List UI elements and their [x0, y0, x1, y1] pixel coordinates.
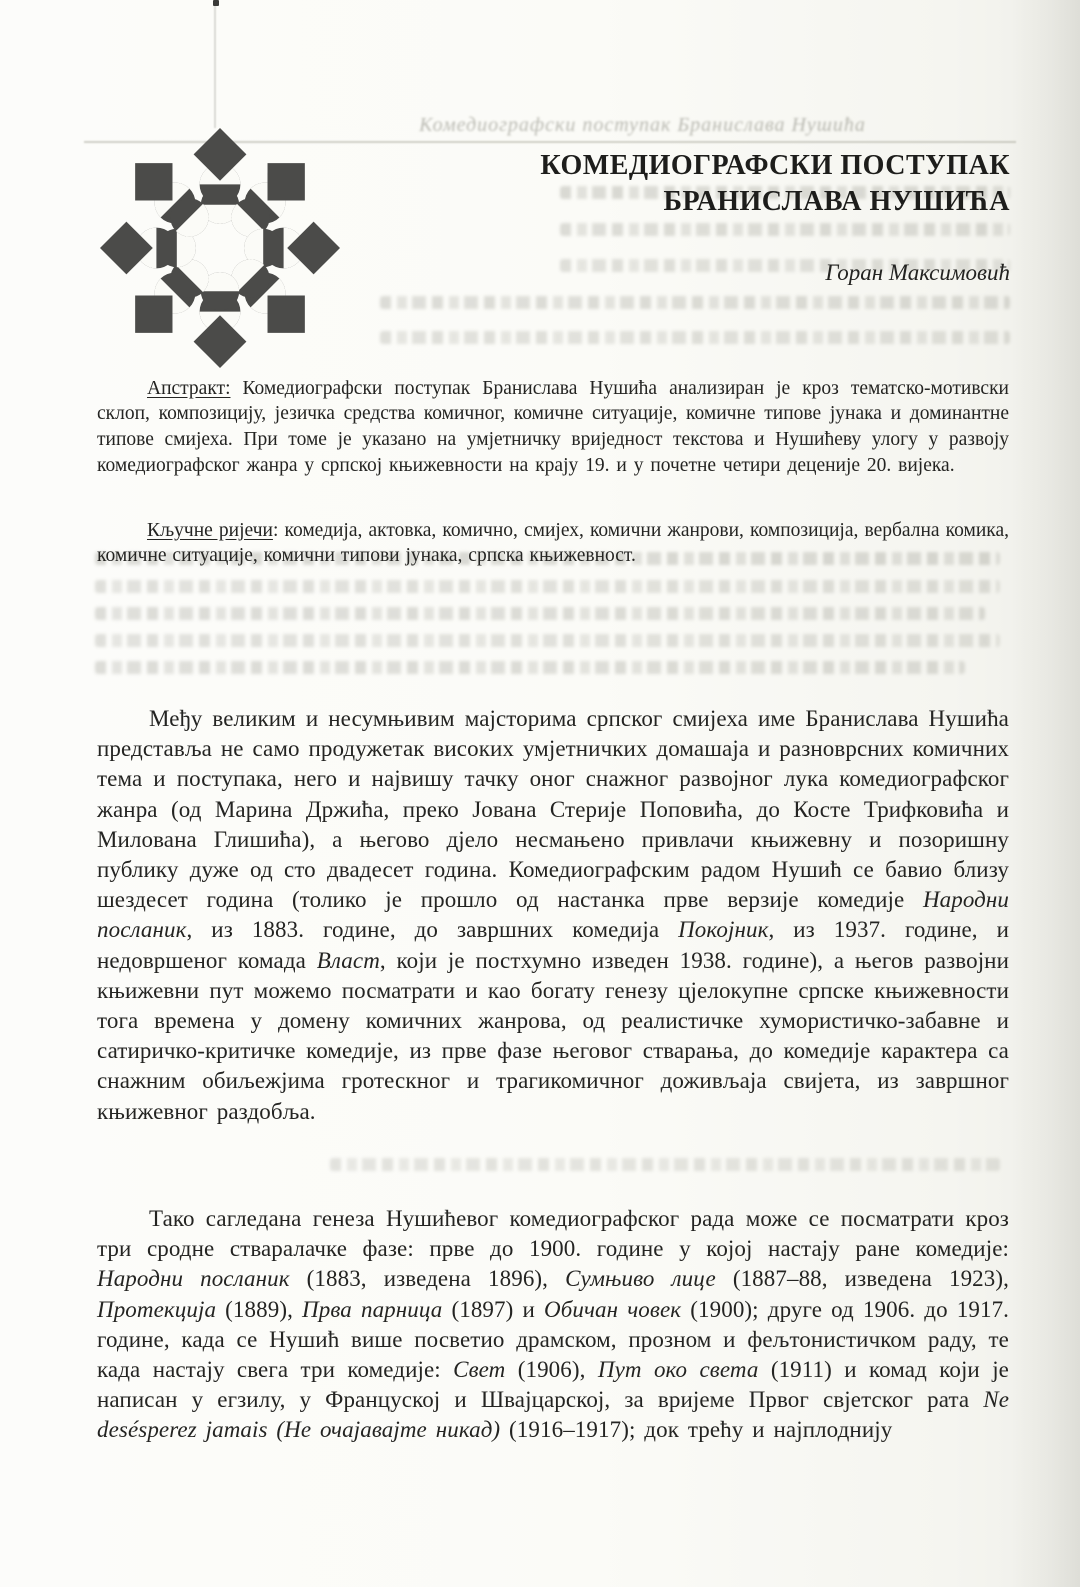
text-run: Власт [317, 948, 380, 973]
scan-tick-artifact [213, 0, 219, 6]
scan-crease-artifact [214, 0, 216, 128]
scanned-paper-page: Комедиографски поступак Бранислава Нушић… [0, 0, 1080, 1587]
rosette-ornament [100, 128, 340, 368]
bleedthrough-running-header: Комедиографски поступак Бранислава Нушић… [270, 114, 1015, 137]
text-run: Међу великим и несумњивим мајсторима срп… [97, 706, 1009, 912]
text-run: (1897) и [442, 1297, 544, 1322]
text-run: Свет [453, 1357, 505, 1382]
text-run: Покојник [678, 917, 768, 942]
bleedthrough-smudge [95, 607, 985, 620]
article-title: КОМЕДИОГРАФСКИ ПОСТУПАК БРАНИСЛАВА НУШИЋ… [540, 148, 1010, 220]
text-run: Тако сагледана генеза Нушићевог комедиог… [97, 1206, 1009, 1261]
text-run: (1916–1917); док трећу и најплоднију [500, 1417, 892, 1442]
bleedthrough-smudge [95, 580, 1000, 593]
keywords-paragraph: Кључне ријечи: комедија, актовка, комичн… [97, 518, 1009, 569]
rosette-icon [100, 128, 340, 368]
article-author: Горан Максимовић [825, 260, 1010, 286]
text-run: Пут око света [598, 1357, 759, 1382]
abstract-paragraph: Апстракт: Комедиографски поступак Бранис… [97, 376, 1009, 479]
bleedthrough-smudge [95, 634, 1000, 647]
body-paragraph-2: Тако сагледана генеза Нушићевог комедиог… [97, 1204, 1009, 1446]
body-paragraph-1: Међу великим и несумњивим мајсторима срп… [97, 704, 1009, 1127]
bleedthrough-smudge [380, 331, 1010, 344]
text-run: (1883, изведена 1896), [290, 1266, 565, 1291]
text-run: , који је постхумно изведен 1938. године… [97, 948, 1009, 1124]
bleedthrough-smudge [380, 296, 1010, 309]
text-run: Обичан човек [544, 1297, 681, 1322]
bleedthrough-smudge [560, 223, 1010, 236]
text-run: Комедиографски поступак Бранислава Нушић… [97, 378, 1009, 476]
title-line-2: БРАНИСЛАВА НУШИЋА [540, 184, 1010, 220]
text-run: Апстракт: [147, 378, 231, 399]
text-run: Кључне ријечи [147, 520, 273, 541]
text-run: Прва парница [302, 1297, 442, 1322]
text-run: (1906), [505, 1357, 597, 1382]
page-edge-shadow [1010, 0, 1080, 1587]
text-run: (1887–88, изведена 1923), [716, 1266, 1009, 1291]
text-run: Протекција [97, 1297, 216, 1322]
title-line-1: КОМЕДИОГРАФСКИ ПОСТУПАК [540, 148, 1010, 184]
text-run: Народни посланик [97, 1266, 290, 1291]
text-run: , из 1883. године, до завршних комедија [187, 917, 679, 942]
bleedthrough-smudge [95, 661, 965, 674]
bleedthrough-smudge [330, 1158, 1000, 1171]
text-run: (1889), [216, 1297, 302, 1322]
text-run: Сумњиво лице [565, 1266, 716, 1291]
